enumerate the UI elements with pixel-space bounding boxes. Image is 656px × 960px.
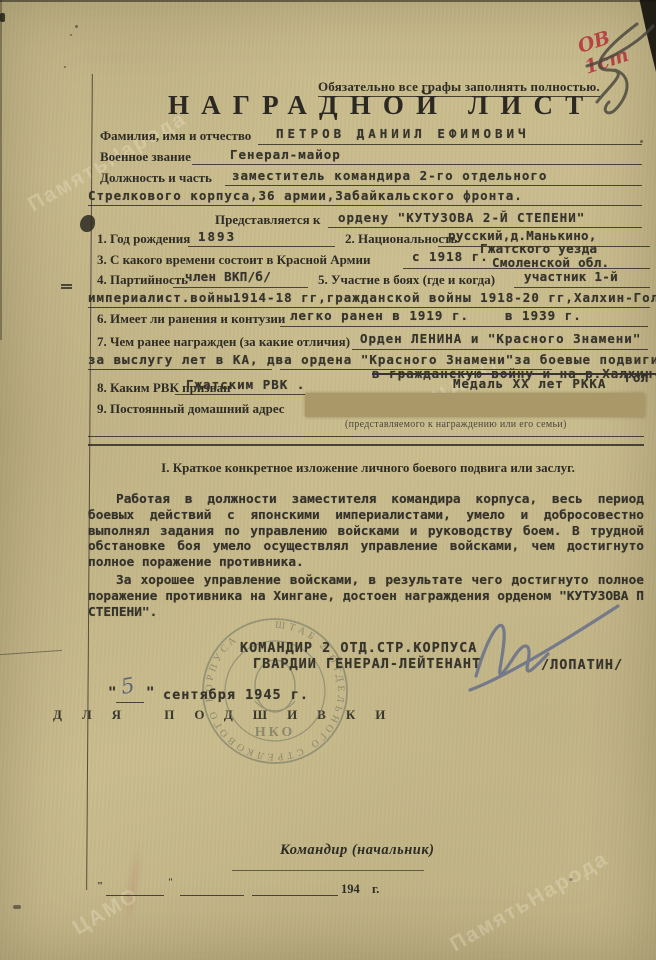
item7-line2: за выслугу лет в КА, два ордена "Красног… xyxy=(88,352,656,367)
item6-value: легко ранен в 1919 г. xyxy=(290,308,469,323)
item1-label: 1. Год рождения xyxy=(97,231,190,247)
underline xyxy=(258,144,642,145)
blank-line xyxy=(106,895,164,896)
underline xyxy=(280,326,648,327)
item2-value-wrap1: Гжатского уезда xyxy=(480,241,597,256)
bottom-year-suffix: г. xyxy=(372,882,379,897)
underline xyxy=(352,349,648,350)
speck xyxy=(70,34,72,36)
scan-edge-top xyxy=(0,0,656,2)
speck xyxy=(75,25,78,28)
presented-value: ордену "КУТУЗОВА 2-Й СТЕПЕНИ" xyxy=(338,210,585,225)
duty-label: Должность и часть xyxy=(100,170,212,186)
stamp-center-text: НКО xyxy=(255,725,296,740)
underline xyxy=(514,287,650,288)
scan-nick xyxy=(0,13,5,22)
item7-label: 7. Чем ранее награжден (за какие отличия… xyxy=(97,334,350,350)
pencil-mark xyxy=(61,284,72,286)
speck xyxy=(64,66,66,68)
signature-line2: ГВАРДИИ ГЕНЕРАЛ-ЛЕЙТЕНАНТ xyxy=(253,656,481,672)
name-label: Фамилия, имя и отчество xyxy=(100,128,251,144)
section-rule xyxy=(88,436,644,437)
commander-signature-autograph xyxy=(468,598,643,698)
signature-line1: КОМАНДИР 2 ОТД.СТР.КОРПУСА xyxy=(240,640,477,656)
speck xyxy=(569,878,573,881)
underline xyxy=(192,164,642,165)
item9-subnote: (представляемого к награждению или его с… xyxy=(345,419,567,430)
item4-value: член ВКП/б/ xyxy=(185,269,271,284)
item5-value: участник 1-й xyxy=(524,269,618,284)
bottom-year-prefix: 194 xyxy=(341,882,360,897)
presented-label: Представляется к xyxy=(215,212,320,228)
red-stain xyxy=(119,837,146,933)
section-rule-heavy xyxy=(88,444,644,446)
item7-value: Орден ЛЕНИНА и "Красного Знамени" xyxy=(360,331,641,346)
item5-continuation2: в 1939 г. xyxy=(505,308,582,323)
scanned-award-document: ПамятьНарода ЦАМО ЦАМО ПамятьНарода ДЛЯ … xyxy=(0,0,656,960)
rank-label: Военное звание xyxy=(100,149,191,165)
duty-value-line1: заместитель командира 2-го отдельного xyxy=(232,168,547,183)
underline xyxy=(188,246,335,247)
item1-value: 1893 xyxy=(198,229,236,244)
underline xyxy=(173,287,308,288)
underline xyxy=(88,369,272,370)
redaction-bar xyxy=(305,393,645,417)
ink-blot xyxy=(80,215,95,232)
watermark: ПамятьНарода xyxy=(446,847,613,957)
item6-label: 6. Имеет ли ранения и контузии xyxy=(97,311,285,327)
date-day-handwritten: 5 xyxy=(119,673,136,699)
stray-pencil-line xyxy=(0,650,62,655)
date-month-year: сентября 1945 г. xyxy=(163,687,309,703)
rank-value: Генерал-майор xyxy=(230,147,341,162)
date-open-quote: " xyxy=(108,685,117,701)
bottom-commander-label: Командир (начальник) xyxy=(280,842,435,859)
speck xyxy=(640,140,643,143)
item8-value: Гжатским РВК . xyxy=(186,377,305,392)
item4-label: 4. Партийность xyxy=(97,272,188,288)
name-value: ПЕТРОВ ДАНИИЛ ЕФИМОВИЧ xyxy=(276,126,530,141)
underline xyxy=(116,702,144,703)
duty-value-line2: Стрелкового корпуса,36 армии,Забайкальск… xyxy=(88,188,523,203)
item5-label: 5. Участие в боях (где и когда) xyxy=(318,272,495,288)
item3-label: 3. С какого времени состоит в Красной Ар… xyxy=(97,252,371,268)
underline xyxy=(88,205,642,206)
item9-label: 9. Постоянный домашний адрес xyxy=(97,401,285,417)
section1-heading: I. Краткое конкретное изложение личного … xyxy=(88,460,648,476)
bottom-open-quote: " xyxy=(97,880,103,892)
item5-continuation: империалист.войны1914-18 гг,гражданской … xyxy=(88,290,656,305)
item7-struck-wrap: Гол xyxy=(625,370,648,385)
speck xyxy=(13,905,21,909)
date-close-quote: " xyxy=(146,685,155,701)
scan-edge-left xyxy=(0,0,2,340)
item8-extra-medal: Медаль XX лет РККА xyxy=(453,376,606,391)
document-title: НАГРАДНОЙ ЛИСТ xyxy=(168,90,595,121)
item2-label: 2. Национальность xyxy=(345,231,457,247)
signature-blank-line xyxy=(232,870,424,871)
bottom-close-quote: " xyxy=(168,877,173,887)
item3-value: с 1918 г. xyxy=(412,249,489,264)
blank-line xyxy=(180,895,244,896)
underline xyxy=(225,185,642,186)
blank-line xyxy=(252,895,338,896)
section1-paragraph1: Работая в должности заместителя командир… xyxy=(88,492,644,571)
